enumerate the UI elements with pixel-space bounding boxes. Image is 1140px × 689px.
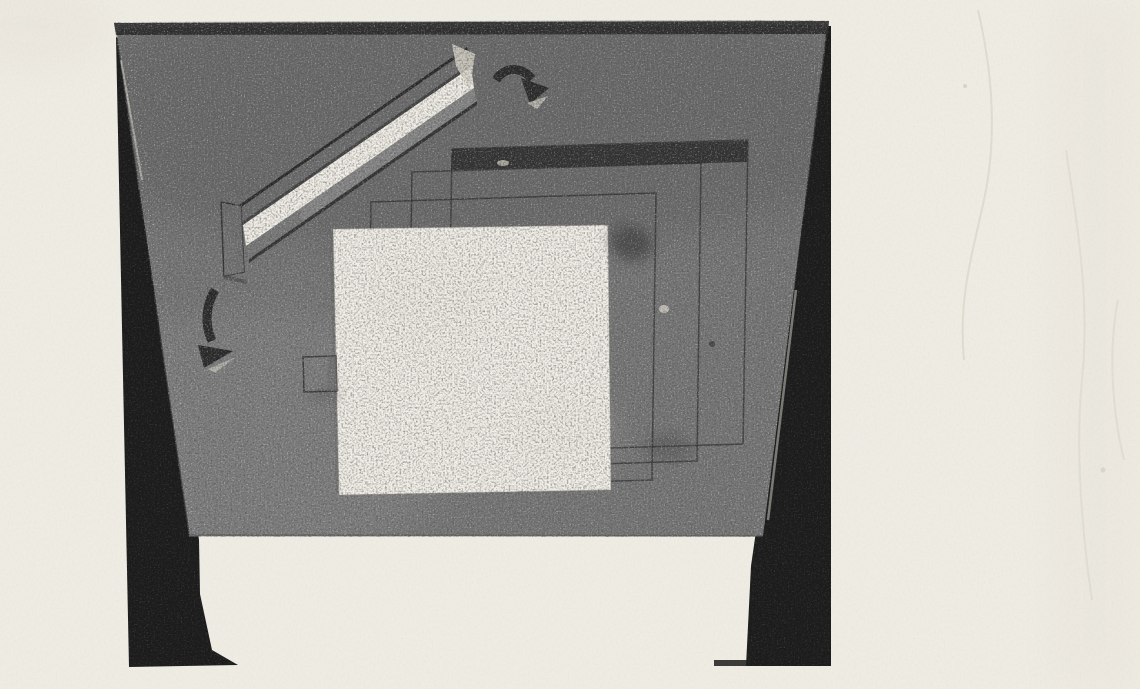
paper-tooth-texture [0,0,1140,689]
artwork-canvas [0,0,1140,689]
artwork-print [0,0,1140,689]
